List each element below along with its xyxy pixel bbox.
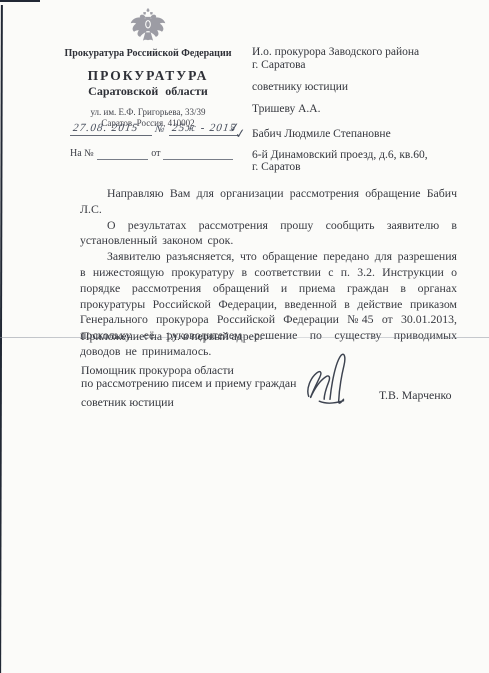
reply-no-underline [97, 147, 149, 160]
org-name-title: ПРОКУРАТУРА [33, 68, 263, 83]
handwritten-signature-icon [300, 351, 358, 406]
signer-title-line2: по рассмотрению писем и приему граждан [81, 377, 296, 390]
signer-titles: Помощник прокурора области по рассмотрен… [81, 364, 296, 409]
checkmark-icon: ✓ [234, 127, 246, 141]
recipient-title-line1: И.о. прокурора Заводского района [252, 46, 467, 59]
russian-coat-of-arms-icon [126, 8, 170, 46]
recipient-title-line2: г. Саратова [252, 59, 467, 72]
recipient-rank: советнику юстиции [252, 81, 467, 94]
org-region-title: Саратовской области [33, 85, 263, 98]
second-recipient-address2: г. Саратов [252, 161, 467, 174]
reply-reference-line: На № от [70, 147, 233, 160]
reply-no-label: На № [70, 148, 94, 160]
number-sign: № [151, 124, 169, 136]
reply-from-underline [163, 147, 233, 160]
reply-from-label: от [151, 148, 160, 160]
handwritten-date: 27.08. 2015 [72, 122, 139, 134]
scanned-letter-page: Прокуратура Российской Федерации ПРОКУРА… [0, 0, 489, 673]
outgoing-date-number-line: 27.08. 2015 № 25ж - 2015 [70, 122, 230, 136]
body-paragraph-1: Направляю Вам для организации рассмотрен… [80, 186, 457, 218]
date-underline: 27.08. 2015 [70, 122, 152, 136]
handwritten-number: 25ж - 2015 [171, 122, 237, 134]
signer-rank: советник юстиции [81, 396, 296, 409]
second-recipient-address1: 6-й Динамовский проезд, д.6, кв.60, [252, 149, 467, 162]
scan-edge-artifact-left [0, 5, 3, 673]
second-recipient-row: ✓ Бабич Людмиле Степановне [252, 128, 467, 141]
org-address-street: ул. им. Е.Ф. Григорьева, 33/39 [33, 107, 263, 118]
recipient-name: Тришеву А.А. [252, 103, 467, 116]
recipient-block: И.о. прокурора Заводского района г. Сара… [252, 46, 467, 174]
body-paragraph-2: О результатах рассмотрения прошу сообщит… [80, 218, 457, 250]
parent-org-title: Прокуратура Российской Федерации [33, 48, 263, 59]
signer-name: Т.В. Марченко [379, 388, 452, 403]
letterhead: Прокуратура Российской Федерации ПРОКУРА… [33, 0, 263, 128]
second-recipient-name: Бабич Людмиле Степановне [252, 128, 391, 140]
attachment-note: Приложение: на 1л. в первый адрес. [81, 329, 262, 344]
